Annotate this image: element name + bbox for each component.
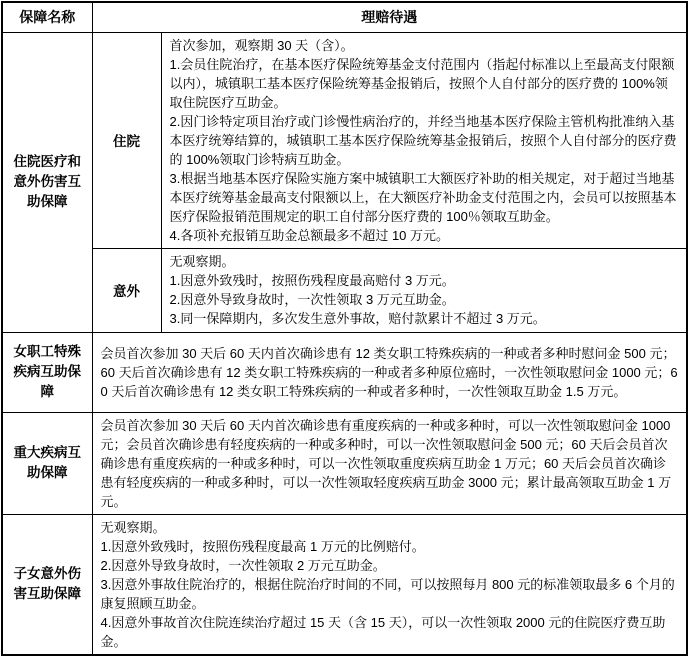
benefit-paragraph: 1.因意外致残时，按照伤残程度最高赔付 3 万元。 (170, 271, 679, 290)
document-page: 保障名称 理赔待遇 住院医疗和意外伤害互助保障 住院 首次参加，观察期 30 天… (0, 0, 689, 621)
benefit-paragraph: 会员首次参加 30 天后 60 天内首次确诊患有 12 类女职工特殊疾病的一种或… (101, 344, 679, 401)
benefit-paragraph: 2.因意外导致身故时，一次性领取 2 万元互助金。 (101, 556, 679, 575)
benefit-paragraph: 4.各项补充报销互助金总额最多不超过 10 万元。 (170, 226, 679, 245)
content-accident: 无观察期。 1.因意外致残时，按照伤残程度最高赔付 3 万元。 2.因意外导致身… (161, 248, 687, 332)
benefit-paragraph: 2.因意外导致身故时，一次性领取 3 万元互助金。 (170, 290, 679, 309)
table-row: 住院医疗和意外伤害互助保障 住院 首次参加，观察期 30 天（含）。 1.会员住… (2, 32, 687, 248)
benefit-paragraph: 3.因意外事故住院治疗的，根据住院治疗时间的不同，可以按照每月 800 元的标准… (101, 575, 679, 613)
benefit-paragraph: 3.根据当地基本医疗保险实施方案中城镇职工大额医疗补助的相关规定，对于超过当地基… (170, 169, 679, 226)
benefit-paragraph: 3.同一保障期内，多次发生意外事故，赔付款累计不超过 3 万元。 (170, 309, 679, 328)
benefit-paragraph: 首次参加，观察期 30 天（含）。 (170, 36, 679, 55)
benefit-paragraph: 1.因意外致残时，按照伤残程度最高 1 万元的比例赔付。 (101, 537, 679, 556)
benefit-paragraph: 4.因意外事故首次住院连续治疗超过 15 天（含 15 天），可以一次性领取 2… (101, 613, 679, 651)
benefit-paragraph: 1.会员住院治疗，在基本医疗保险统筹基金支付范围内（指起付标准以上至最高支付限额… (170, 55, 679, 112)
table-row: 重大疾病互助保障 会员首次参加 30 天后 60 天内首次确诊患有重度疾病的一种… (2, 412, 687, 514)
row-label-major-disease: 重大疾病互助保障 (2, 412, 92, 514)
row-label-hospital-accident: 住院医疗和意外伤害互助保障 (2, 32, 92, 332)
benefit-paragraph: 2.因门诊特定项目治疗或门诊慢性病治疗的，并经当地基本医疗保险主管机构批准纳入基… (170, 112, 679, 169)
row-label-female-special-disease: 女职工特殊疾病互助保障 (2, 332, 92, 412)
table-row: 意外 无观察期。 1.因意外致残时，按照伤残程度最高赔付 3 万元。 2.因意外… (2, 248, 687, 332)
sublabel-hospitalization: 住院 (92, 32, 161, 248)
table-header-row: 保障名称 理赔待遇 (2, 2, 687, 32)
benefits-table: 保障名称 理赔待遇 住院医疗和意外伤害互助保障 住院 首次参加，观察期 30 天… (1, 1, 688, 656)
row-label-child-accident: 子女意外伤害互助保障 (2, 514, 92, 655)
content-female-special-disease: 会员首次参加 30 天后 60 天内首次确诊患有 12 类女职工特殊疾病的一种或… (92, 332, 687, 412)
sublabel-accident: 意外 (92, 248, 161, 332)
benefit-paragraph: 会员首次参加 30 天后 60 天内首次确诊患有重度疾病的一种或多种时，可以一次… (101, 416, 679, 511)
benefit-paragraph: 无观察期。 (170, 252, 679, 271)
content-major-disease: 会员首次参加 30 天后 60 天内首次确诊患有重度疾病的一种或多种时，可以一次… (92, 412, 687, 514)
header-claim-treatment: 理赔待遇 (92, 2, 687, 32)
table-row: 子女意外伤害互助保障 无观察期。 1.因意外致残时，按照伤残程度最高 1 万元的… (2, 514, 687, 655)
content-hospitalization: 首次参加，观察期 30 天（含）。 1.会员住院治疗，在基本医疗保险统筹基金支付… (161, 32, 687, 248)
benefit-paragraph: 无观察期。 (101, 518, 679, 537)
table-row: 女职工特殊疾病互助保障 会员首次参加 30 天后 60 天内首次确诊患有 12 … (2, 332, 687, 412)
content-child-accident: 无观察期。 1.因意外致残时，按照伤残程度最高 1 万元的比例赔付。 2.因意外… (92, 514, 687, 655)
header-benefit-name: 保障名称 (2, 2, 92, 32)
